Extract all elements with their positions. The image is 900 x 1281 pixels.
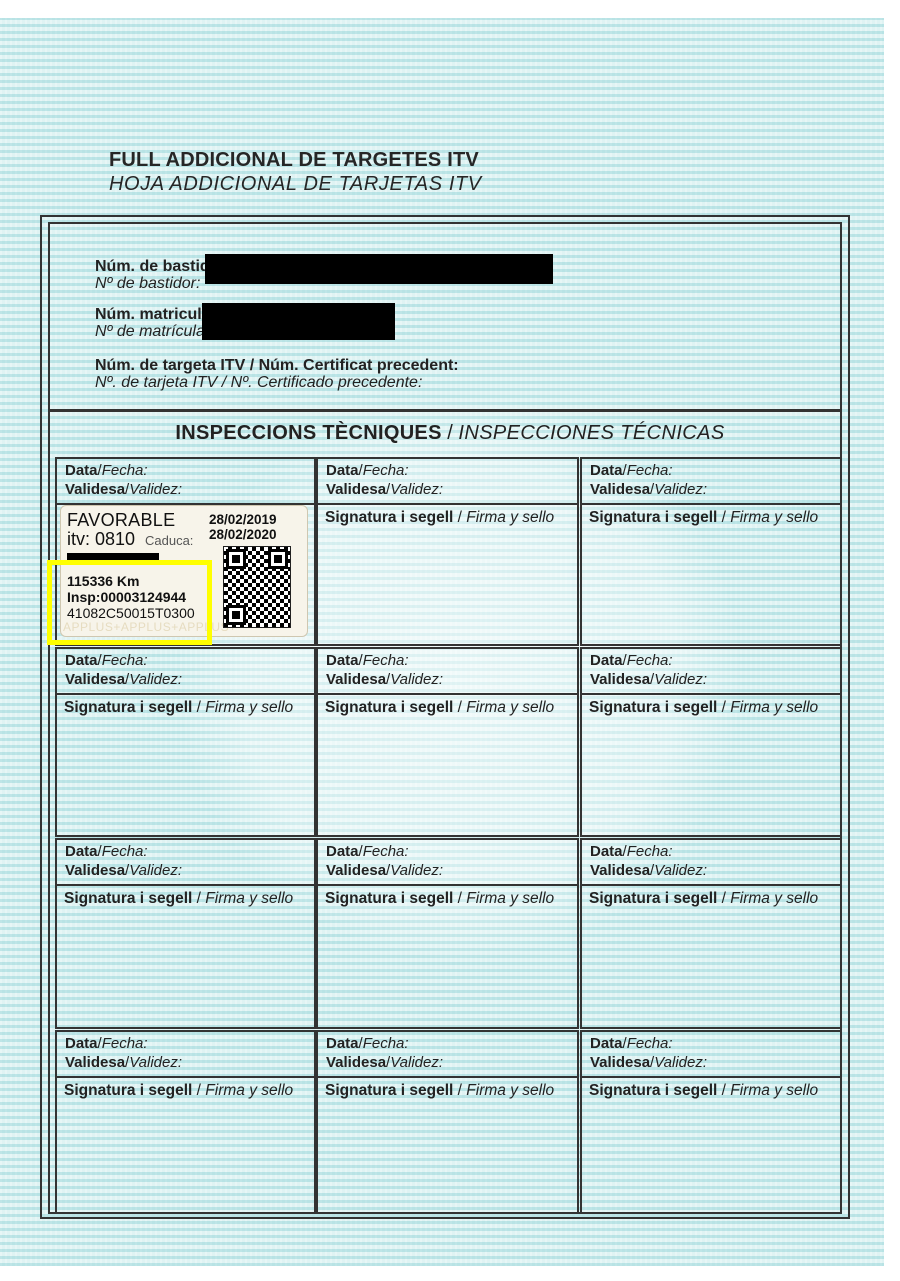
date-label: Data/Fecha: (326, 461, 577, 480)
validity-label: Validesa/Validez: (326, 861, 577, 880)
validity-label: Validesa/Validez: (65, 1053, 314, 1072)
signature-label: Signatura i segell / Firma y sello (589, 699, 818, 717)
plate-label-spanish: Nº de matrícula: (95, 323, 216, 340)
inspection-cell-header: Data/Fecha:Validesa/Validez: (318, 459, 577, 505)
date-label: Data/Fecha: (590, 461, 840, 480)
date-label: Data/Fecha: (590, 842, 840, 861)
itv-card-label-spanish: Nº. de tarjeta ITV / Nº. Certificado pre… (95, 374, 459, 391)
document-title-spanish: HOJA ADDICIONAL DE TARJETAS ITV (109, 173, 482, 196)
field-plate-number: Núm. matricula: Nº de matrícula: (95, 306, 216, 340)
date-label: Data/Fecha: (65, 842, 314, 861)
inspection-cell-header: Data/Fecha:Validesa/Validez: (318, 649, 577, 695)
signature-label: Signatura i segell / Firma y sello (64, 699, 293, 717)
inspections-title-catalan: INSPECCIONS TÈCNIQUES (175, 422, 441, 444)
signature-label: Signatura i segell / Firma y sello (589, 1082, 818, 1100)
sticker-itv-station: itv: 0810 (67, 529, 135, 550)
inspection-cell: Data/Fecha:Validesa/Validez:Signatura i … (580, 838, 842, 1029)
inspection-cell-header: Data/Fecha:Validesa/Validez: (318, 1032, 577, 1078)
signature-label: Signatura i segell / Firma y sello (589, 890, 818, 908)
date-label: Data/Fecha: (326, 651, 577, 670)
inspection-cell: Data/Fecha:Validesa/Validez:Signatura i … (580, 647, 842, 837)
itv-card-label-catalan: Núm. de targeta ITV / Núm. Certificat pr… (95, 357, 459, 374)
signature-label: Signatura i segell / Firma y sello (64, 1082, 293, 1100)
validity-label: Validesa/Validez: (326, 480, 577, 499)
inspections-title: INSPECCIONS TÈCNIQUES / INSPECCIONES TÉC… (0, 422, 900, 445)
inspection-cell: Data/Fecha:Validesa/Validez:Signatura i … (580, 457, 842, 646)
inspection-cell-header: Data/Fecha:Validesa/Validez: (57, 840, 314, 886)
inspection-cell-header: Data/Fecha:Validesa/Validez: (582, 649, 840, 695)
inspections-title-spanish: INSPECCIONES TÉCNICAS (458, 422, 724, 444)
validity-label: Validesa/Validez: (590, 861, 840, 880)
inspection-cell-header: Data/Fecha:Validesa/Validez: (582, 1032, 840, 1078)
date-label: Data/Fecha: (65, 1034, 314, 1053)
plate-number-redacted (202, 303, 395, 340)
sticker-expiry-label: Caduca: (145, 533, 193, 548)
inspection-cell: Data/Fecha:Validesa/Validez:Signatura i … (316, 838, 579, 1029)
inspection-cell: Data/Fecha:Validesa/Validez:Signatura i … (55, 1030, 316, 1214)
date-label: Data/Fecha: (590, 651, 840, 670)
highlight-box (47, 560, 212, 645)
plate-label-catalan: Núm. matricula: (95, 306, 216, 323)
inspection-cell: Data/Fecha:Validesa/Validez:Signatura i … (55, 838, 316, 1029)
inspection-cell: Data/Fecha:Validesa/Validez:Signatura i … (316, 457, 579, 646)
inspection-cell: Data/Fecha:Validesa/Validez:Signatura i … (316, 1030, 579, 1214)
inspection-cell-header: Data/Fecha:Validesa/Validez: (582, 840, 840, 886)
validity-label: Validesa/Validez: (326, 1053, 577, 1072)
sticker-result: FAVORABLE (67, 510, 175, 531)
sticker-inspection-date: 28/02/2019 (209, 512, 277, 527)
document-title-catalan: FULL ADDICIONAL DE TARGETES ITV (109, 149, 479, 172)
validity-label: Validesa/Validez: (65, 861, 314, 880)
signature-label: Signatura i segell / Firma y sello (325, 509, 554, 527)
sticker-expiry-date: 28/02/2020 (209, 527, 277, 542)
signature-label: Signatura i segell / Firma y sello (325, 1082, 554, 1100)
validity-label: Validesa/Validez: (65, 670, 314, 689)
validity-label: Validesa/Validez: (590, 670, 840, 689)
signature-label: Signatura i segell / Firma y sello (64, 890, 293, 908)
field-itv-card-number: Núm. de targeta ITV / Núm. Certificat pr… (95, 357, 459, 391)
validity-label: Validesa/Validez: (590, 1053, 840, 1072)
inspection-cell-header: Data/Fecha:Validesa/Validez: (57, 649, 314, 695)
signature-label: Signatura i segell / Firma y sello (325, 699, 554, 717)
inspections-title-separator: / (442, 422, 459, 444)
validity-label: Validesa/Validez: (326, 670, 577, 689)
inspection-cell: Data/Fecha:Validesa/Validez:Signatura i … (316, 647, 579, 837)
signature-label: Signatura i segell / Firma y sello (589, 509, 818, 527)
inspection-cell: Data/Fecha:Validesa/Validez:Signatura i … (55, 647, 316, 837)
inspection-cell-header: Data/Fecha:Validesa/Validez: (57, 1032, 314, 1078)
inspection-cell-header: Data/Fecha:Validesa/Validez: (318, 840, 577, 886)
signature-label: Signatura i segell / Firma y sello (325, 890, 554, 908)
date-label: Data/Fecha: (590, 1034, 840, 1053)
date-label: Data/Fecha: (326, 1034, 577, 1053)
inspection-cell: Data/Fecha:Validesa/Validez:Signatura i … (580, 1030, 842, 1214)
inspection-cell-header: Data/Fecha:Validesa/Validez: (57, 459, 314, 505)
chassis-number-redacted (205, 254, 553, 284)
date-label: Data/Fecha: (65, 461, 314, 480)
validity-label: Validesa/Validez: (590, 480, 840, 499)
qr-code-icon (223, 546, 291, 628)
validity-label: Validesa/Validez: (65, 480, 314, 499)
date-label: Data/Fecha: (65, 651, 314, 670)
inspection-cell-header: Data/Fecha:Validesa/Validez: (582, 459, 840, 505)
date-label: Data/Fecha: (326, 842, 577, 861)
